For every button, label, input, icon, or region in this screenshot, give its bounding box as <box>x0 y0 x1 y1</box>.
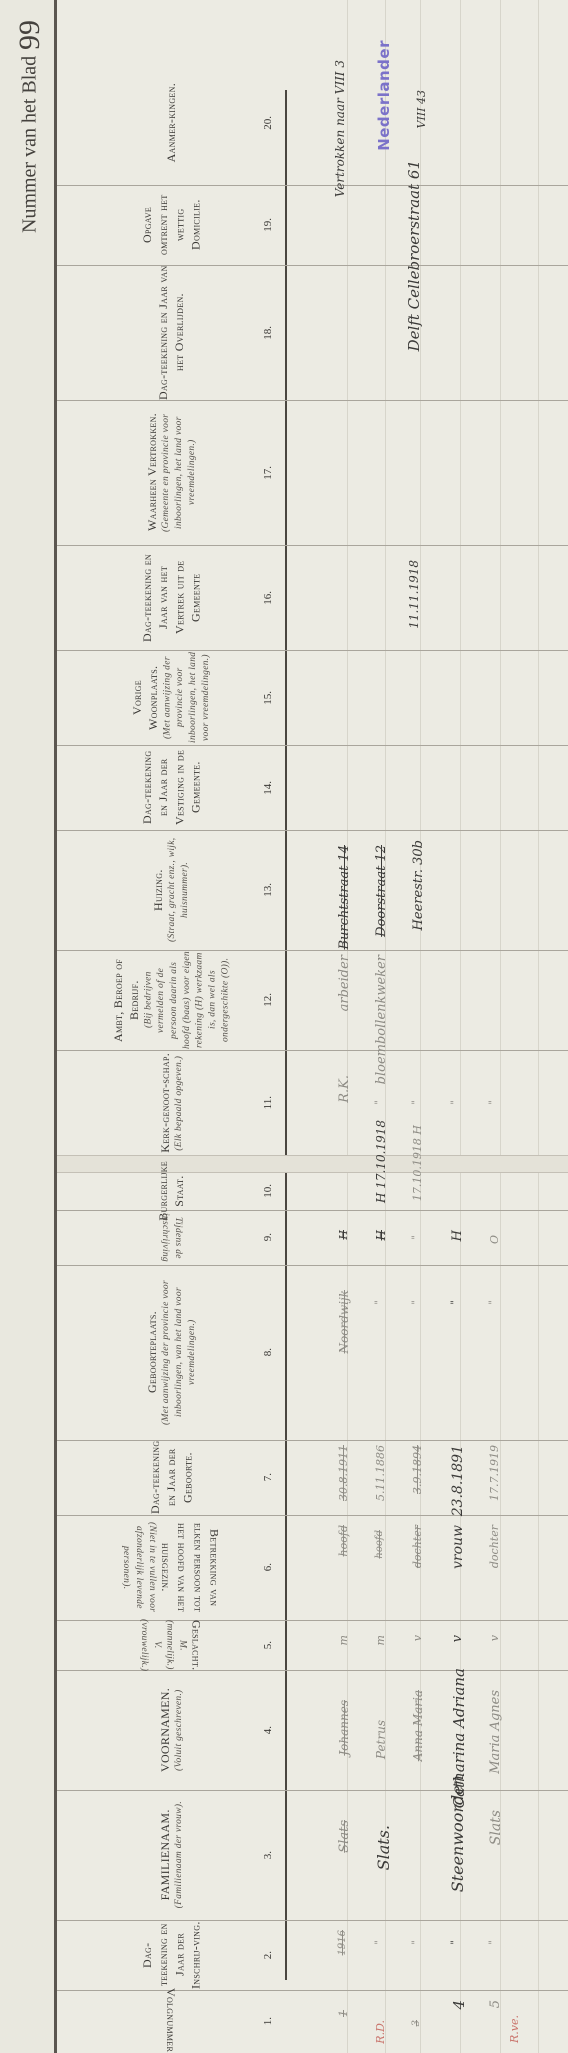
column-number: 11. <box>262 1096 274 1109</box>
column-number: 16. <box>262 591 274 605</box>
row2-geslacht: m <box>374 1635 387 1645</box>
row2-voornamen: Petrus <box>374 1720 388 1759</box>
column-header-4: VOORNAMEN. (Voluit geschreven.) 4. <box>57 1670 285 1790</box>
row3-volgnummer: 3 <box>411 2020 422 2026</box>
row3-inschrijving: " <box>411 1940 422 1945</box>
row5-geslacht: v <box>488 1635 501 1641</box>
column-header-11: Kerk-genoot-schap. (Elk bepaald opgeven.… <box>57 1050 285 1155</box>
left-margin <box>0 0 55 2053</box>
column-title: Waarheen Vertrokken. <box>144 400 160 545</box>
column-title: Geboorteplaats. <box>144 1265 160 1440</box>
row1-geboorteplaats: Noordwijk <box>337 1290 351 1353</box>
row4-betrekking: vrouw <box>450 1525 466 1569</box>
row3-geslacht: v <box>411 1635 424 1641</box>
row3-aanmerkingen: VIII 43 <box>415 90 428 128</box>
row2-geboorte: 5.11.1886 <box>374 1445 387 1501</box>
row5-volgnummer: 5 <box>488 2000 503 2008</box>
column-title: Vorige Woonplaats. <box>129 650 161 745</box>
column-header-5: Geslacht. M. (mannelijk.) V. (vrouwelijk… <box>57 1620 285 1670</box>
nationality-stamp: Nederlander <box>375 40 393 151</box>
column-title: Aanmer-kingen. <box>163 83 179 162</box>
row5-marker: R.ve. <box>508 2015 521 2043</box>
row5-geboorte: 17.7.1919 <box>488 1445 501 1501</box>
column-number: 8. <box>262 1348 274 1356</box>
column-header-17: Waarheen Vertrokken. (Gemeente en provin… <box>57 400 285 545</box>
column-header-10: Burgerlijke Staat. 10. <box>57 1171 285 1210</box>
column-title: FAMILIENAAM. <box>157 1801 173 1908</box>
row3-staat-veranderingen: 17.10.1918 H <box>411 1125 424 1201</box>
column-number: 15. <box>262 691 274 705</box>
row3-kerk: " <box>411 1100 422 1105</box>
column-header-7: Dag-teekening en Jaar der Geboorte. 7. <box>57 1440 285 1515</box>
column-title: Betrekking van elken persoon tot het hoo… <box>158 1515 223 1620</box>
row1-geboorte: 30.8.1911 <box>337 1445 350 1501</box>
column-number: 14. <box>262 781 274 795</box>
column-title: Dag-teekening en Jaar van het Vertrek ui… <box>139 545 204 650</box>
column-title: Dag-teekening en Jaar van het Overlijden… <box>155 265 187 400</box>
column-number: 5. <box>262 1641 274 1649</box>
column-note: (Met aanwijzing der provincie voor inboo… <box>160 1265 198 1440</box>
column-number: 6. <box>262 1563 274 1571</box>
row4-volgnummer: 4 <box>450 2000 468 2010</box>
row5-inschrijving: " <box>488 1940 499 1945</box>
row4-kerk: " <box>450 1100 461 1105</box>
column-number: 2. <box>262 1951 274 1959</box>
row5-voornamen: Maria Agnes <box>488 1690 503 1774</box>
sheet-label-text: Nummer van het Blad <box>19 56 42 233</box>
column-number: 7. <box>262 1473 274 1481</box>
row1-staat: H <box>337 1230 350 1240</box>
row3-voornamen: Anna Maria <box>411 1690 425 1761</box>
row1-familienaam: Slats <box>337 1820 352 1853</box>
row2-betrekking: hoofd <box>374 1530 385 1559</box>
row2-geboorteplaats: " <box>374 1300 385 1305</box>
row1-volgnummer: 1 <box>337 2010 350 2017</box>
column-header-1: Volgnummer. 1. <box>57 1990 285 2053</box>
column-header-2: Dag-teekening en Jaar der Inschrij-ving.… <box>57 1920 285 1990</box>
column-header-15: Vorige Woonplaats. (Met aanwijzing der p… <box>57 650 285 745</box>
header-bottom-rule <box>285 90 287 1980</box>
column-header-18: Dag-teekening en Jaar van het Overlijden… <box>57 265 285 400</box>
column-title: Volgnummer. <box>163 1988 179 2053</box>
row1-beroep: arbeider <box>337 955 352 1011</box>
column-note: (Elk bepaald opgeven.) <box>173 1053 186 1153</box>
row5-familienaam: Slats <box>488 1810 504 1845</box>
column-header-16: Dag-teekening en Jaar van het Vertrek ui… <box>57 545 285 650</box>
column-number: 9. <box>262 1233 274 1241</box>
column-header-19: Opgave omtrent het wettig Domicilie. 19. <box>57 185 285 265</box>
row2-staat: H <box>374 1230 388 1240</box>
column-title: Dag-teekening en Jaar der Vestiging in d… <box>139 745 204 830</box>
column-title: Kerk-genoot-schap. <box>157 1053 173 1153</box>
row4-geboorteplaats: " <box>450 1300 461 1305</box>
column-note: (Straat, gracht enz., wijk, huisnummer). <box>166 830 192 950</box>
row1-huizing: Burchtstraat 14 <box>337 845 352 950</box>
row2-inschrijving: " <box>374 1940 385 1945</box>
row2-kerk: " <box>374 1100 385 1105</box>
column-header-9: Tijdens de inschrijving 9. <box>57 1210 285 1265</box>
column-header-12: Ambt, Beroep of Bedrijf. (Bij bedrijven … <box>57 950 285 1050</box>
row3-geboorte: 3.9.1894 <box>411 1445 424 1494</box>
column-header-8: Geboorteplaats. (Met aanwijzing der prov… <box>57 1265 285 1440</box>
column-title: Huizing. <box>150 830 166 950</box>
column-number: 20. <box>262 116 274 130</box>
row1-vertrek: 11.11.1918 <box>407 560 421 629</box>
column-header-3: FAMILIENAAM. (Familienaam der vrouw). 3. <box>57 1790 285 1920</box>
row4-inschrijving: " <box>450 1940 461 1945</box>
column-number: 12. <box>262 993 274 1007</box>
column-title: Ambt, Beroep of Bedrijf. <box>110 950 142 1050</box>
column-note: (Met aanwijzing der provincie voor inboo… <box>162 650 213 745</box>
column-note: M. (mannelijk.) V. (vrouwelijk.) <box>137 1619 188 1671</box>
row1-voornamen: Johannes <box>337 1700 351 1756</box>
row3-staat: " <box>411 1235 422 1240</box>
column-title: Geslacht. <box>189 1619 205 1671</box>
row2-beroep: bloembollenkweker <box>374 955 389 1084</box>
row2-staat-veranderingen: H 17.10.1918 <box>374 1120 388 1203</box>
row3-huizing: Heerestr. 30b <box>411 840 426 930</box>
row2-familienaam: Slats. <box>374 1825 393 1870</box>
column-title: Opgave omtrent het wettig Domicilie. <box>139 185 204 265</box>
row1-aanmerkingen: Vertrokken naar VIII 3 <box>333 60 347 197</box>
row4-staat: H <box>450 1230 465 1241</box>
column-title: Tijdens de inschrijving <box>158 1210 184 1265</box>
sheet-number-label: Nummer van het Blad 99 <box>10 20 50 260</box>
column-number: 13. <box>262 883 274 897</box>
row3-betrekking: dochter <box>411 1525 424 1568</box>
row5-betrekking: dochter <box>488 1525 501 1568</box>
column-note: (Voluit geschreven.) <box>173 1688 186 1772</box>
row1-betrekking: hoofd <box>337 1525 350 1556</box>
column-title: Dag-teekening en Jaar der Geboorte. <box>147 1440 196 1515</box>
column-note: (Gemeente en provincie voor inboorlingen… <box>160 400 198 545</box>
column-number: 1. <box>262 2017 274 2025</box>
row5-staat: O <box>488 1235 501 1244</box>
column-title: Dag-teekening en Jaar der Inschrij-ving. <box>139 1920 204 1990</box>
column-header-20: Aanmer-kingen. 20. <box>57 60 285 185</box>
row1-kerk: R.K. <box>337 1075 352 1103</box>
row5-kerk: " <box>488 1100 499 1105</box>
row2-huizing: Doorstraat 12 <box>374 845 389 937</box>
column-title: VOORNAMEN. <box>157 1688 173 1772</box>
column-number: 3. <box>262 1851 274 1859</box>
row3-geboorteplaats: " <box>411 1300 422 1305</box>
column-number: 10. <box>262 1184 274 1198</box>
column-note: (Niet in te vullen voor afzonderlijk lev… <box>119 1515 157 1620</box>
row-line <box>538 0 539 2053</box>
row1-inschrijving: 1916 <box>337 1930 348 1955</box>
column-number: 19. <box>262 218 274 232</box>
row1-geslacht: m <box>337 1635 350 1645</box>
column-number: 17. <box>262 466 274 480</box>
row1-waarheen: Delft Cellebroerstraat 61 <box>405 160 423 351</box>
registry-card: Nummer van het Blad 99 Aanmer-kingen. 20… <box>0 0 568 2053</box>
column-number: 4. <box>262 1726 274 1734</box>
column-header-6: Betrekking van elken persoon tot het hoo… <box>57 1515 285 1620</box>
column-note: (Familienaam der vrouw). <box>173 1801 186 1908</box>
row4-geslacht: v <box>450 1635 465 1642</box>
column-header-14: Dag-teekening en Jaar der Vestiging in d… <box>57 745 285 830</box>
row4-familienaam: Steenwoorden <box>448 1775 467 1892</box>
column-note: (Bij bedrijven vermelden of de persoon d… <box>142 950 232 1050</box>
row4-geboorte: 23.8.1891 <box>450 1445 466 1516</box>
column-number: 18. <box>262 326 274 340</box>
row5-geboorteplaats: " <box>488 1300 499 1305</box>
sheet-number: 99 <box>13 20 47 50</box>
column-header-13: Huizing. (Straat, gracht enz., wijk, hui… <box>57 830 285 950</box>
row2-marker: R.D. <box>374 2020 387 2044</box>
